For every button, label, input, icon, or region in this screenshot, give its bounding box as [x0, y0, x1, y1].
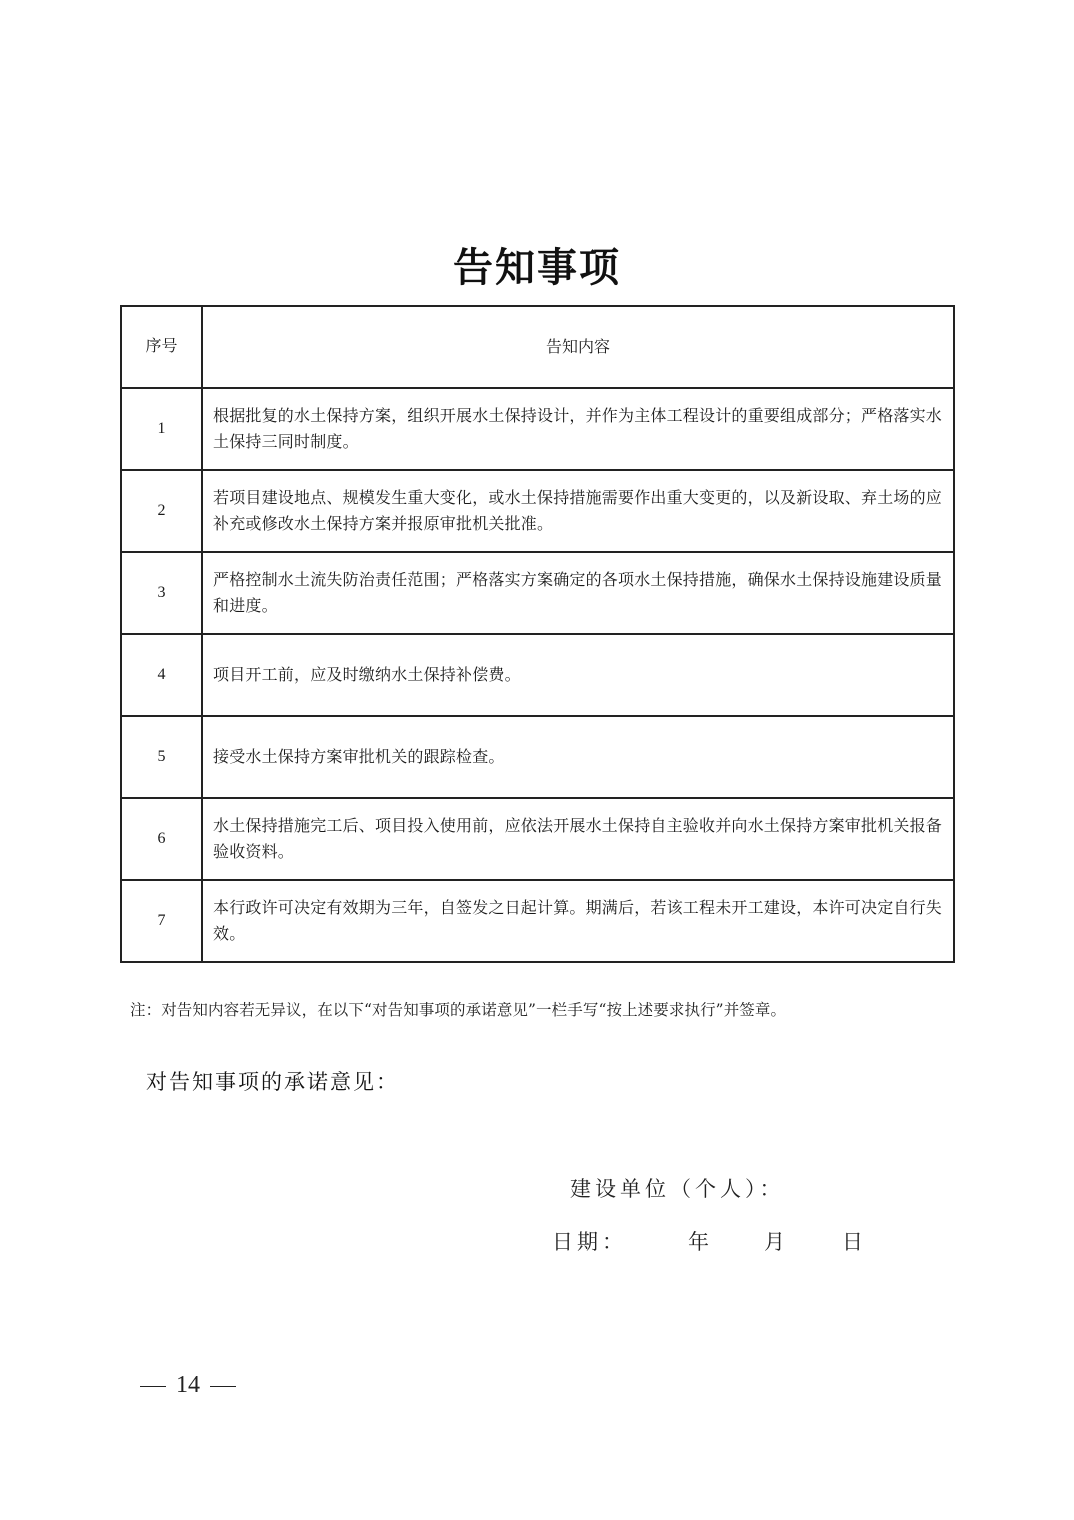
row-index: 3 [121, 552, 202, 634]
row-content: 若项目建设地点、规模发生重大变化，或水土保持措施需要作出重大变更的，以及新设取、… [202, 470, 954, 552]
row-index: 5 [121, 716, 202, 798]
header-index: 序号 [121, 306, 202, 388]
page-title: 告知事项 [0, 236, 1074, 293]
page-footer: 14 [130, 1372, 246, 1399]
date-year-label: 年 [688, 1226, 709, 1256]
page-number: 14 [176, 1372, 200, 1398]
table-row: 3 严格控制水土流失防治责任范围；严格落实方案确定的各项水土保持措施，确保水土保… [121, 552, 954, 634]
table-row: 1 根据批复的水土保持方案，组织开展水土保持设计，并作为主体工程设计的重要组成部… [121, 388, 954, 470]
row-index: 7 [121, 880, 202, 962]
row-index: 1 [121, 388, 202, 470]
note-text: 注：对告知内容若无异议，在以下“对告知事项的承诺意见”一栏手写“按上述要求执行”… [130, 998, 786, 1020]
row-index: 6 [121, 798, 202, 880]
table-row: 5 接受水土保持方案审批机关的跟踪检查。 [121, 716, 954, 798]
row-content: 水土保持措施完工后、项目投入使用前，应依法开展水土保持自主验收并向水土保持方案审… [202, 798, 954, 880]
notice-table: 序号 告知内容 1 根据批复的水土保持方案，组织开展水土保持设计，并作为主体工程… [120, 305, 955, 963]
row-content: 接受水土保持方案审批机关的跟踪检查。 [202, 716, 954, 798]
row-index: 4 [121, 634, 202, 716]
header-content: 告知内容 [202, 306, 954, 388]
right-dash [210, 1386, 236, 1388]
row-content: 严格控制水土流失防治责任范围；严格落实方案确定的各项水土保持措施，确保水土保持设… [202, 552, 954, 634]
date-day-label: 日 [842, 1226, 863, 1256]
table-row: 4 项目开工前，应及时缴纳水土保持补偿费。 [121, 634, 954, 716]
date-label: 日期： [552, 1226, 627, 1256]
row-content: 根据批复的水土保持方案，组织开展水土保持设计，并作为主体工程设计的重要组成部分；… [202, 388, 954, 470]
table-row: 6 水土保持措施完工后、项目投入使用前，应依法开展水土保持自主验收并向水土保持方… [121, 798, 954, 880]
pledge-label: 对告知事项的承诺意见： [146, 1066, 399, 1096]
left-dash [140, 1386, 166, 1388]
table-header-row: 序号 告知内容 [121, 306, 954, 388]
date-month-label: 月 [764, 1226, 785, 1256]
signature-unit-label: 建设单位（个人）： [570, 1173, 785, 1203]
row-content: 项目开工前，应及时缴纳水土保持补偿费。 [202, 634, 954, 716]
row-content: 本行政许可决定有效期为三年，自签发之日起计算。期满后，若该工程未开工建设，本许可… [202, 880, 954, 962]
row-index: 2 [121, 470, 202, 552]
table-row: 7 本行政许可决定有效期为三年，自签发之日起计算。期满后，若该工程未开工建设，本… [121, 880, 954, 962]
table-row: 2 若项目建设地点、规模发生重大变化，或水土保持措施需要作出重大变更的，以及新设… [121, 470, 954, 552]
